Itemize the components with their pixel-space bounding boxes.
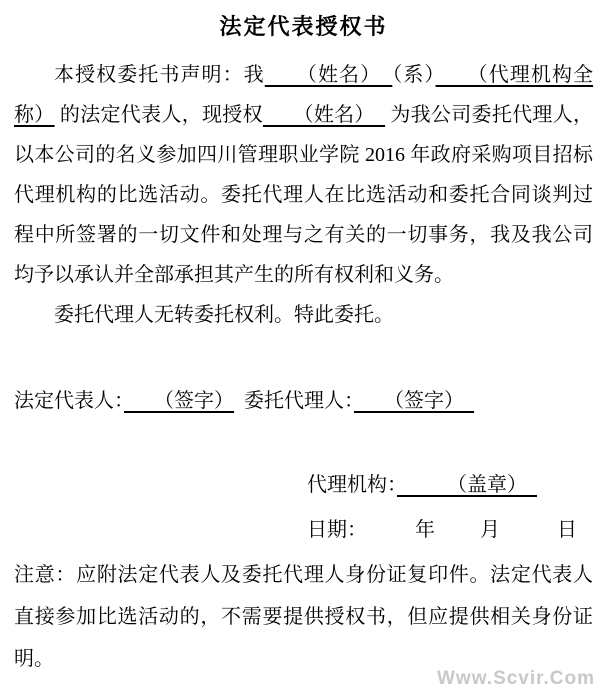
date-year-label: 年 (415, 519, 435, 541)
agent-signature-blank: （签字） (354, 390, 474, 412)
date-row: 日期：年月日 (307, 510, 593, 550)
agency-seal-row: 代理机构： （盖章） (307, 465, 593, 505)
declaration-text-3: 的法定代表人，现授权 (55, 104, 263, 126)
declaration-text-2: （系） (392, 64, 435, 86)
commitment-paragraph: 委托代理人无转委托权利。特此委托。 (14, 295, 593, 335)
legal-rep-label: 法定代表人： (14, 390, 124, 412)
agency-label: 代理机构： (307, 474, 397, 496)
date-label: 日期： (307, 519, 367, 541)
signature-row: 法定代表人： （签字）委托代理人： （签字） (14, 381, 593, 421)
date-month-label: 月 (480, 519, 500, 541)
agency-seal-blank: （盖章） (397, 474, 537, 496)
declaration-text-1: 本授权委托书声明：我 (54, 64, 265, 86)
principal-name-blank: （姓名） (265, 64, 393, 86)
document-title: 法定代表授权书 (14, 12, 593, 42)
agent-label: 委托代理人： (244, 390, 354, 412)
declaration-text-4: 为我公司委托代理人，以本公司的名义参加四川管理职业学院 2016 年政府采购项目… (14, 104, 593, 286)
date-day-label: 日 (557, 519, 577, 541)
legal-rep-signature-blank: （签字） (124, 390, 234, 412)
note-paragraph: 注意：应附法定代表人及委托代理人身份证复印件。法定代表人直接参加比选活动的，不需… (14, 554, 593, 680)
authorization-document-page: 法定代表授权书 本授权委托书声明：我 （姓名） （系） （代理机构全称） 的法定… (0, 0, 607, 698)
site-watermark: Www.Scvir.Com (437, 668, 595, 690)
agent-name-blank: （姓名） (263, 104, 385, 126)
declaration-paragraph: 本授权委托书声明：我 （姓名） （系） （代理机构全称） 的法定代表人，现授权 … (14, 55, 593, 295)
